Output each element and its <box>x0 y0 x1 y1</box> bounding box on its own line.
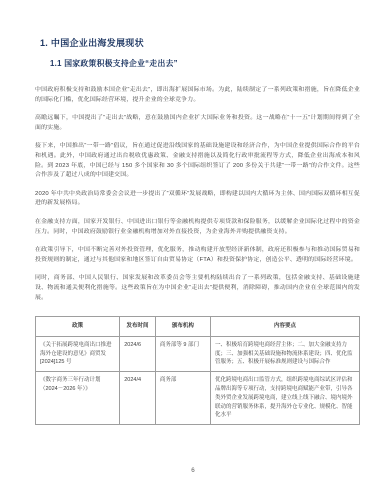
cell-points: 一、积极培育跨境电商经营主体；二、加大金融支持力度；三、加强相关基础设施和物流体… <box>210 336 359 371</box>
paragraph-4: 2020 年中共中央政治局常委会会议进一步提出了“双循环”发展战略，即构建以国内… <box>35 190 360 209</box>
column-header-points: 内容要点 <box>210 317 359 337</box>
paragraph-2: 高瞻远瞩下，中国提出了“走出去”战略，意在鼓励国内企业扩大国际业务和投资。这一战… <box>35 114 360 133</box>
column-header-policy: 政策 <box>36 317 120 337</box>
subsection-title: 1.1 国家政策积极支持企业“走出去” <box>50 58 360 69</box>
paragraph-6: 在政策引导下，中国不断完善对外投资管理，优化服务，推动构建开放型经济新体制，政府… <box>35 246 360 265</box>
paragraph-1: 中国政府积极支持和鼓励本国企业“走出去”，即出海扩展国际市场。为此，陆续制定了一… <box>35 86 360 105</box>
section-title: 1. 中国企业出海发展现状 <box>40 36 360 49</box>
column-header-date: 发布时间 <box>120 317 156 337</box>
paragraph-7: 同时，商务部、中国人民银行、国家发展和改革委员会等主要机构陆续出台了一系列政策，… <box>35 274 360 303</box>
table-row: 《数字商务三年行动计划（2024－2026 年）》 2024/4 商务部 优化跨… <box>36 372 360 425</box>
cell-agency: 商务部等 9 部门 <box>155 336 210 371</box>
column-header-agency: 颁布机构 <box>155 317 210 337</box>
cell-date: 2024/4 <box>120 372 156 425</box>
cell-policy: 《关于拓展跨境电商出口推进海外仓建设的意见》商贸发[2024]125 号 <box>36 336 120 371</box>
page-number: 6 <box>0 467 386 474</box>
cell-points: 优化跨境电商出口监管方式，组织跨境电商综试区评估和品牌出海等专项行动，支持跨境电… <box>210 372 359 425</box>
cell-policy: 《数字商务三年行动计划（2024－2026 年）》 <box>36 372 120 425</box>
paragraph-3: 接下来，中国推出“一带一路”倡议，旨在通过促进沿线国家的基础设施建设和经济合作，… <box>35 142 360 180</box>
table-row: 《关于拓展跨境电商出口推进海外仓建设的意见》商贸发[2024]125 号 202… <box>36 336 360 371</box>
paragraph-5: 在金融支持方面，国家开发银行、中国进出口银行等金融机构提供专项贷款和保险服务，以… <box>35 218 360 237</box>
cell-agency: 商务部 <box>155 372 210 425</box>
document-page: 1. 中国企业出海发展现状 1.1 国家政策积极支持企业“走出去” 中国政府积极… <box>0 0 386 500</box>
body-text: 中国政府积极支持和鼓励本国企业“走出去”，即出海扩展国际市场。为此，陆续制定了一… <box>35 86 360 303</box>
policy-table: 政策 发布时间 颁布机构 内容要点 《关于拓展跨境电商出口推进海外仓建设的意见》… <box>35 316 360 425</box>
cell-date: 2024/6 <box>120 336 156 371</box>
table-header-row: 政策 发布时间 颁布机构 内容要点 <box>36 317 360 337</box>
